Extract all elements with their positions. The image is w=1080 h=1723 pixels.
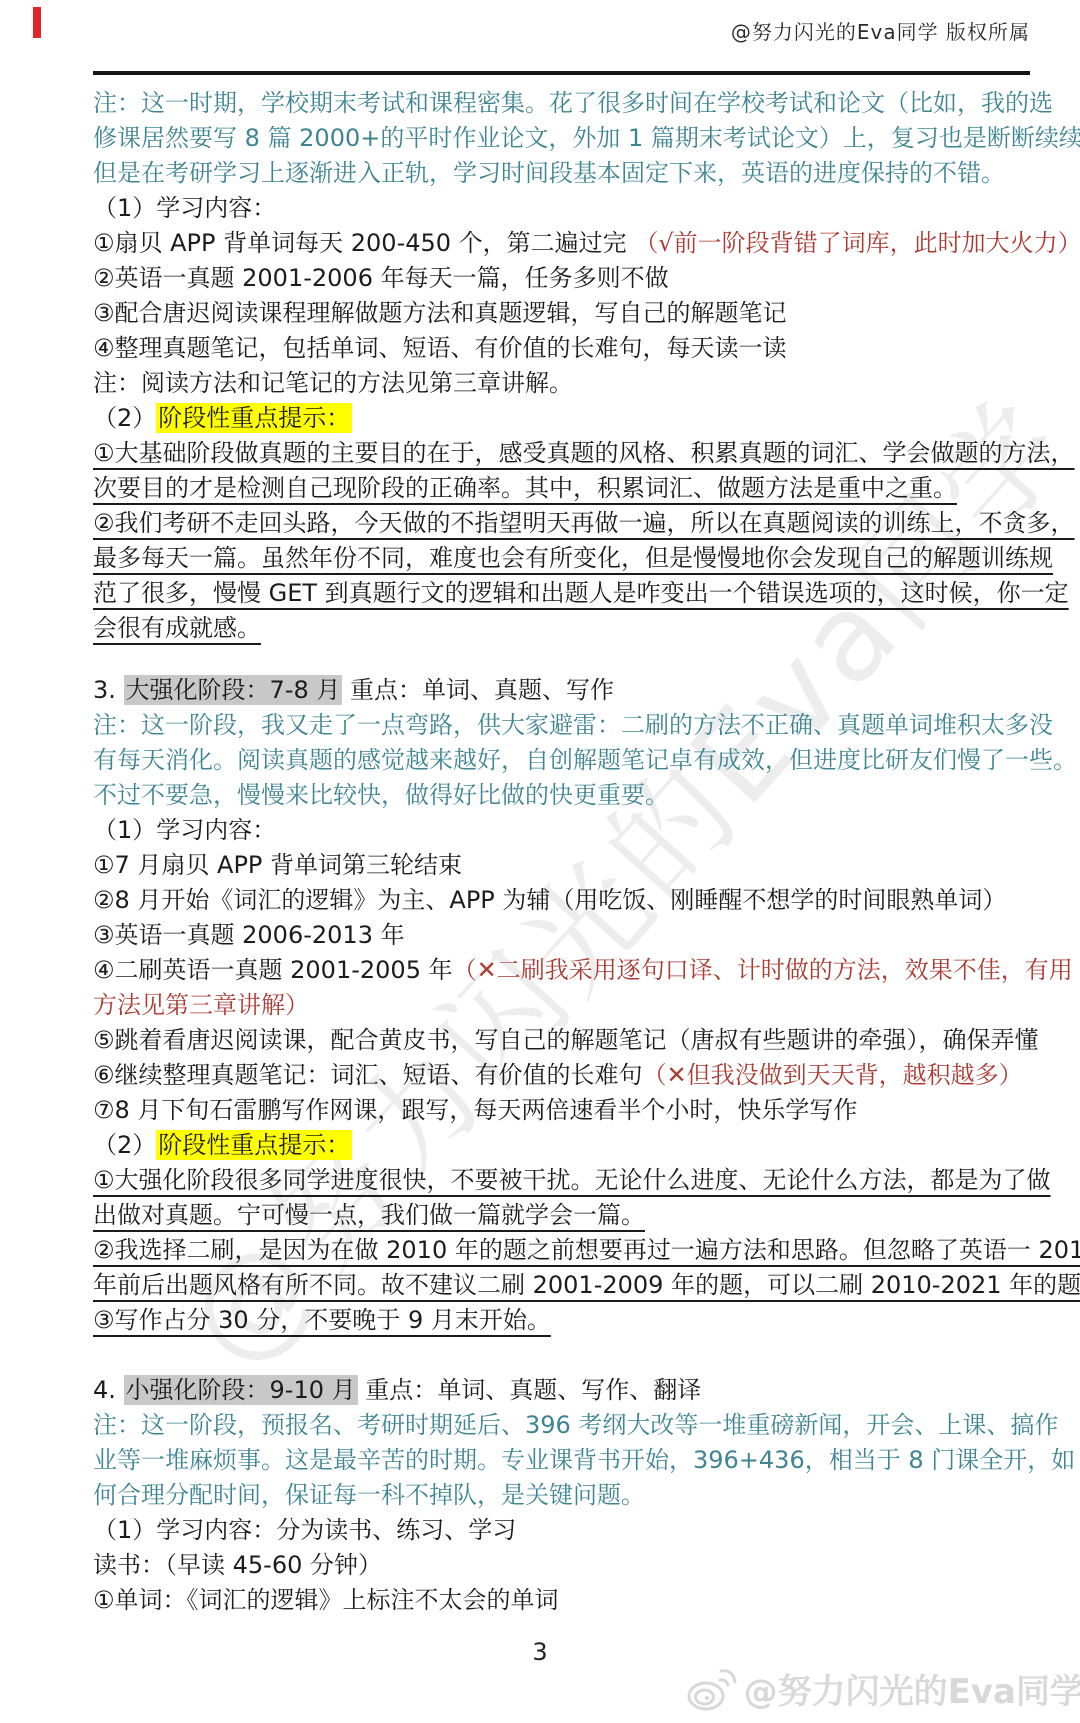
header-rule [93, 71, 1030, 75]
text-segment: ④整理真题笔记，包括单词、短语、有价值的长难句，每天读一读 [93, 334, 787, 362]
text-line: ②我选择二刷，是因为在做 2010 年的题之前想要再过一遍方法和思路。但忽略了英… [93, 1233, 1030, 1268]
text-segment: 注：阅读方法和记笔记的方法见第三章讲解。 [93, 369, 573, 397]
text-segment: ①单词：《词汇的逻辑》上标注不太会的单词 [93, 1586, 559, 1614]
text-line: （1）学习内容： [93, 191, 1030, 226]
document-body: 注：这一时期，学校期末考试和课程密集。花了很多时间在学校考试和论文（比如，我的选… [93, 86, 1030, 1618]
text-segment: （√前一阶段背错了词库，此时加大火力） [634, 229, 1080, 257]
text-line: 修课居然要写 8 篇 2000+的平时作业论文，外加 1 篇期末考试论文）上，复… [93, 121, 1030, 156]
text-segment: （1）学习内容： [93, 816, 276, 844]
text-segment: ②英语一真题 2001-2006 年每天一篇，任务多则不做 [93, 264, 669, 292]
text-line: （2）阶段性重点提示： [93, 401, 1030, 436]
text-line: 注：这一时期，学校期末考试和课程密集。花了很多时间在学校考试和论文（比如，我的选 [93, 86, 1030, 121]
text-line: ①扇贝 APP 背单词每天 200-450 个，第二遍过完 （√前一阶段背错了词… [93, 226, 1030, 261]
text-line: ③写作占分 30 分，不要晚于 9 月末开始。 [93, 1303, 1030, 1338]
text-segment: 注：这一阶段，预报名、考研时期延后、396 考纲大改等一堆重磅新闻，开会、上课、… [93, 1411, 1058, 1439]
text-line: 何合理分配时间，保证每一科不掉队，是关键问题。 [93, 1478, 1030, 1513]
text-line: ④整理真题笔记，包括单词、短语、有价值的长难句，每天读一读 [93, 331, 1030, 366]
text-line: ①大基础阶段做真题的主要目的在于，感受真题的风格、积累真题的词汇、学会做题的方法… [93, 436, 1030, 471]
text-segment: 次要目的才是检测自己现阶段的正确率。其中，积累词汇、做题方法是重中之重。 [93, 474, 957, 502]
copyright-credit: @努力闪光的Eva同学 版权所属 [731, 16, 1030, 45]
text-segment: （2） [93, 1131, 156, 1159]
text-line: ②8 月开始《词汇的逻辑》为主、APP 为辅（用吃饭、刚睡醒不想学的时间眼熟单词… [93, 883, 1030, 918]
text-segment: ①大强化阶段很多同学进度很快，不要被干扰。无论什么进度、无论什么方法，都是为了做 [93, 1166, 1051, 1194]
text-segment: ②我选择二刷，是因为在做 2010 年的题之前想要再过一遍方法和思路。但忽略了英… [93, 1236, 1080, 1264]
page-number: 3 [0, 1638, 1080, 1666]
text-line: ④二刷英语一真题 2001-2005 年（✕二刷我采用逐句口译、计时做的方法，效… [93, 953, 1030, 988]
text-segment: 注：这一阶段，我又走了一点弯路，供大家避雷：二刷的方法不正确、真题单词堆积太多没 [93, 711, 1053, 739]
text-segment: 最多每天一篇。虽然年份不同，难度也会有所变化，但是慢慢地你会发现自己的解题训练规 [93, 544, 1053, 572]
text-segment: 小强化阶段：9-10 月 [124, 1375, 358, 1405]
text-line: 出做对真题。宁可慢一点，我们做一篇就学会一篇。 [93, 1198, 1030, 1233]
text-line: 最多每天一篇。虽然年份不同，难度也会有所变化，但是慢慢地你会发现自己的解题训练规 [93, 541, 1030, 576]
text-segment: ①大基础阶段做真题的主要目的在于，感受真题的风格、积累真题的词汇、学会做题的方法… [93, 439, 1075, 467]
text-line: 年前后出题风格有所不同。故不建议二刷 2001-2009 年的题，可以二刷 20… [93, 1268, 1030, 1303]
text-segment: ③写作占分 30 分，不要晚于 9 月末开始。 [93, 1306, 551, 1334]
text-segment: 业等一堆麻烦事。这是最辛苦的时期。专业课背书开始，396+436，相当于 8 门… [93, 1446, 1075, 1474]
text-segment: 不过不要急，慢慢来比较快，做得好比做的快更重要。 [93, 781, 669, 809]
text-segment: 3. [93, 676, 124, 704]
text-segment: 注：这一时期，学校期末考试和课程密集。花了很多时间在学校考试和论文（比如，我的选 [93, 89, 1053, 117]
text-segment: ③英语一真题 2006-2013 年 [93, 921, 405, 949]
text-line: 范了很多，慢慢 GET 到真题行文的逻辑和出题人是咋变出一个错误选项的，这时候，… [93, 576, 1030, 611]
text-segment: 但是在考研学习上逐渐进入正轨，学习时间段基本固定下来，英语的进度保持的不错。 [93, 159, 1005, 187]
text-line: （1）学习内容：分为读书、练习、学习 [93, 1513, 1030, 1548]
text-segment: 会很有成就感。 [93, 614, 261, 642]
text-segment: 出做对真题。宁可慢一点，我们做一篇就学会一篇。 [93, 1201, 645, 1229]
text-segment: ①7 月扇贝 APP 背单词第三轮结束 [93, 851, 462, 879]
document-page: @努力闪光的Eva同学 版权所属 @努力闪光的Eva同学 注：这一时期，学校期末… [0, 0, 1080, 1723]
text-line: ②我们考研不走回头路，今天做的不指望明天再做一遍，所以在真题阅读的训练上，不贪多… [93, 506, 1030, 541]
text-line: （1）学习内容： [93, 813, 1030, 848]
text-line: 次要目的才是检测自己现阶段的正确率。其中，积累词汇、做题方法是重中之重。 [93, 471, 1030, 506]
watermark-handle: @努力闪光的Eva同学 [744, 1664, 1080, 1713]
text-line: 读书：（早读 45-60 分钟） [93, 1548, 1030, 1583]
text-segment: 重点：单词、真题、写作 [342, 676, 614, 704]
text-segment: （✕但我没做到天天背，越积越多） [643, 1061, 1023, 1089]
text-segment: （1）学习内容：分为读书、练习、学习 [93, 1516, 516, 1544]
text-segment: 4. [93, 1376, 124, 1404]
text-segment: 方法见第三章讲解） [93, 991, 309, 1019]
text-segment: 大强化阶段：7-8 月 [124, 675, 343, 705]
text-segment: ③配合唐迟阅读课程理解做题方法和真题逻辑，写自己的解题笔记 [93, 299, 787, 327]
text-segment: 有每天消化。阅读真题的感觉越来越好，自创解题笔记卓有成效，但进度比研友们慢了一些… [93, 746, 1077, 774]
text-line: 方法见第三章讲解） [93, 988, 1030, 1023]
text-segment: ⑤跳着看唐迟阅读课，配合黄皮书，写自己的解题笔记（唐叔有些题讲的牵强），确保弄懂 [93, 1026, 1039, 1054]
text-line: ①7 月扇贝 APP 背单词第三轮结束 [93, 848, 1030, 883]
text-line: ⑤跳着看唐迟阅读课，配合黄皮书，写自己的解题笔记（唐叔有些题讲的牵强），确保弄懂 [93, 1023, 1030, 1058]
text-segment: （1）学习内容： [93, 194, 276, 222]
text-segment: ④二刷英语一真题 2001-2005 年 [93, 956, 453, 984]
text-segment: （2） [93, 404, 156, 432]
text-line: ①大强化阶段很多同学进度很快，不要被干扰。无论什么进度、无论什么方法，都是为了做 [93, 1163, 1030, 1198]
text-line: ③配合唐迟阅读课程理解做题方法和真题逻辑，写自己的解题笔记 [93, 296, 1030, 331]
text-line: 但是在考研学习上逐渐进入正轨，学习时间段基本固定下来，英语的进度保持的不错。 [93, 156, 1030, 191]
text-segment: 范了很多，慢慢 GET 到真题行文的逻辑和出题人是咋变出一个错误选项的，这时候，… [93, 579, 1069, 607]
text-segment: ②我们考研不走回头路，今天做的不指望明天再做一遍，所以在真题阅读的训练上，不贪多… [93, 509, 1075, 537]
text-segment: 年前后出题风格有所不同。故不建议二刷 2001-2009 年的题，可以二刷 20… [93, 1271, 1080, 1299]
text-segment: ①扇贝 APP 背单词每天 200-450 个，第二遍过完 [93, 229, 634, 257]
text-segment: ②8 月开始《词汇的逻辑》为主、APP 为辅（用吃饭、刚睡醒不想学的时间眼熟单词… [93, 886, 1006, 914]
text-segment: （✕二刷我采用逐句口译、计时做的方法，效果不佳，有用 [453, 956, 1073, 984]
footer-watermark: @努力闪光的Eva同学 [686, 1664, 1080, 1713]
text-segment: 何合理分配时间，保证每一科不掉队，是关键问题。 [93, 1481, 645, 1509]
text-line: ⑦8 月下旬石雷鹏写作网课，跟写，每天两倍速看半个小时，快乐学写作 [93, 1093, 1030, 1128]
text-line: 注：阅读方法和记笔记的方法见第三章讲解。 [93, 366, 1030, 401]
text-line: ②英语一真题 2001-2006 年每天一篇，任务多则不做 [93, 261, 1030, 296]
weibo-icon [686, 1666, 738, 1712]
text-line: 不过不要急，慢慢来比较快，做得好比做的快更重要。 [93, 778, 1030, 813]
text-segment: 修课居然要写 8 篇 2000+的平时作业论文，外加 1 篇期末考试论文）上，复… [93, 124, 1080, 152]
text-segment: ⑦8 月下旬石雷鹏写作网课，跟写，每天两倍速看半个小时，快乐学写作 [93, 1096, 857, 1124]
text-segment: 重点：单词、真题、写作、翻译 [358, 1376, 702, 1404]
text-line: ③英语一真题 2006-2013 年 [93, 918, 1030, 953]
text-line: 业等一堆麻烦事。这是最辛苦的时期。专业课背书开始，396+436，相当于 8 门… [93, 1443, 1030, 1478]
text-line: 会很有成就感。 [93, 611, 1030, 646]
text-line: （2）阶段性重点提示： [93, 1128, 1030, 1163]
text-line: ⑥继续整理真题笔记：词汇、短语、有价值的长难句（✕但我没做到天天背，越积越多） [93, 1058, 1030, 1093]
text-line: 注：这一阶段，预报名、考研时期延后、396 考纲大改等一堆重磅新闻，开会、上课、… [93, 1408, 1030, 1443]
text-line: 4. 小强化阶段：9-10 月 重点：单词、真题、写作、翻译 [93, 1373, 1030, 1408]
text-line: ①单词：《词汇的逻辑》上标注不太会的单词 [93, 1583, 1030, 1618]
text-line: 有每天消化。阅读真题的感觉越来越好，自创解题笔记卓有成效，但进度比研友们慢了一些… [93, 743, 1030, 778]
red-marker [33, 7, 41, 38]
text-segment: 阶段性重点提示： [156, 403, 352, 433]
text-line: 注：这一阶段，我又走了一点弯路，供大家避雷：二刷的方法不正确、真题单词堆积太多没 [93, 708, 1030, 743]
text-line: 3. 大强化阶段：7-8 月 重点：单词、真题、写作 [93, 673, 1030, 708]
text-segment: 阶段性重点提示： [156, 1130, 352, 1160]
text-segment: ⑥继续整理真题笔记：词汇、短语、有价值的长难句 [93, 1061, 643, 1089]
text-segment: 读书：（早读 45-60 分钟） [93, 1551, 382, 1579]
